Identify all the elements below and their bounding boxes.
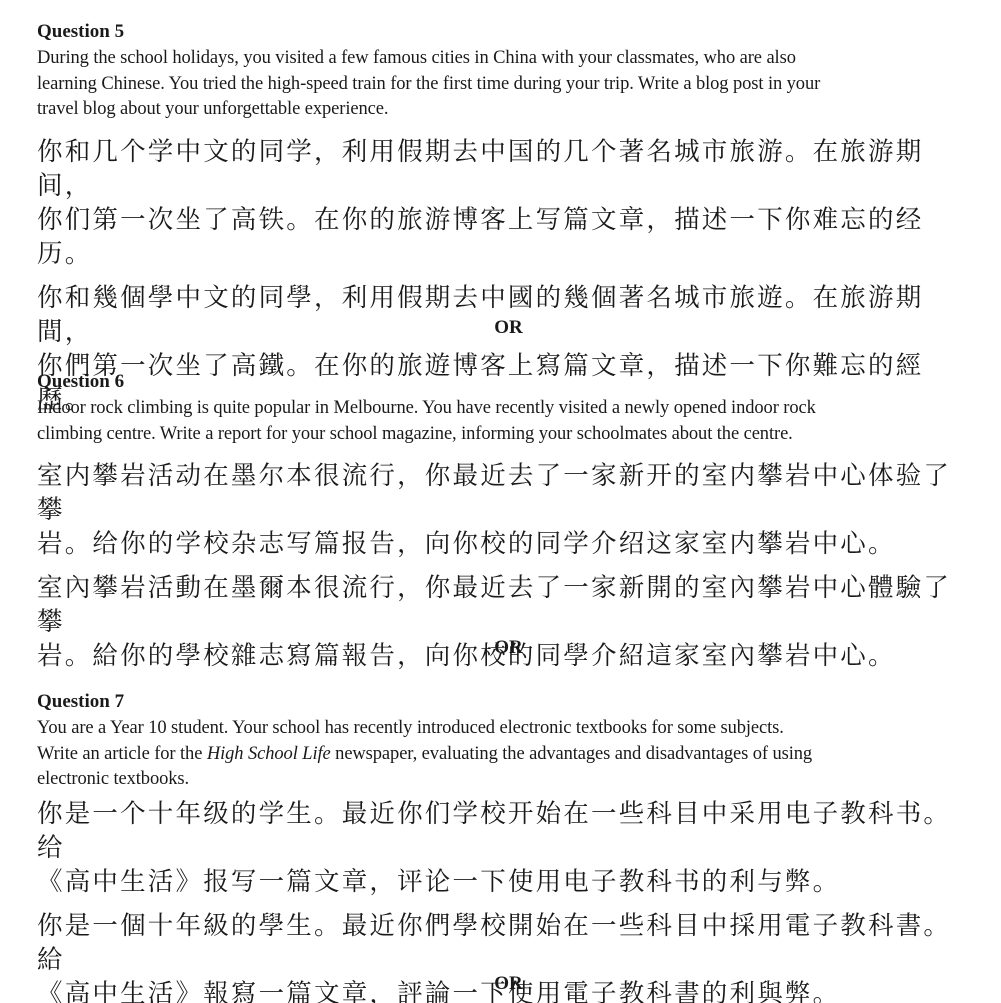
question-7: Question 7 You are a Year 10 student. Yo…: [37, 690, 977, 1003]
prompt-line: travel blog about your unforgettable exp…: [37, 97, 977, 123]
or-divider-3: OR: [37, 972, 977, 996]
prompt-text: newspaper, evaluating the advantages and…: [331, 744, 812, 764]
question-5: Question 5 During the school holidays, y…: [37, 20, 977, 417]
zh-line: 岩。给你的学校杂志写篇报告，向你校的同学介绍这家室内攀岩中心。: [37, 527, 977, 561]
or-label: OR: [37, 636, 980, 660]
prompt-line: Write an article for the High School Lif…: [37, 742, 977, 768]
prompt-line: During the school holidays, you visited …: [37, 46, 977, 72]
zh-line: 你是一個十年級的學生。最近你們學校開始在一些科目中採用電子教科書。給: [37, 909, 977, 977]
or-divider-2: OR: [37, 636, 977, 660]
newspaper-title: High School Life: [207, 744, 331, 764]
zh-line: 室內攀岩活動在墨爾本很流行，你最近去了一家新開的室內攀岩中心體驗了攀: [37, 571, 977, 639]
or-label: OR: [37, 316, 980, 340]
zh-line: 室内攀岩活动在墨尔本很流行，你最近去了一家新开的室内攀岩中心体验了攀: [37, 459, 977, 527]
prompt-line: Indoor rock climbing is quite popular in…: [37, 396, 977, 422]
prompt-text: You are a Year 10 student. Your school h…: [37, 718, 784, 738]
prompt-text: electronic textbooks.: [37, 769, 189, 789]
zh-line: 你是一个十年级的学生。最近你们学校开始在一些科目中采用电子教科书。给: [37, 797, 977, 865]
prompt-text: Write an article for the: [37, 744, 207, 764]
simplified-chinese-prompt: 室内攀岩活动在墨尔本很流行，你最近去了一家新开的室内攀岩中心体验了攀 岩。给你的…: [37, 459, 977, 561]
prompt-line: climbing centre. Write a report for your…: [37, 422, 977, 448]
english-prompt: During the school holidays, you visited …: [37, 46, 977, 123]
simplified-chinese-prompt: 你是一个十年级的学生。最近你们学校开始在一些科目中采用电子教科书。给 《高中生活…: [37, 797, 977, 899]
simplified-chinese-prompt: 你和几个学中文的同学，利用假期去中国的几个著名城市旅游。在旅游期间， 你们第一次…: [37, 135, 977, 271]
question-heading: Question 7: [37, 690, 977, 714]
question-6: Question 6 Indoor rock climbing is quite…: [37, 370, 977, 673]
or-label: OR: [37, 972, 980, 996]
prompt-line: learning Chinese. You tried the high-spe…: [37, 72, 977, 98]
question-heading: Question 6: [37, 370, 977, 394]
prompt-line: You are a Year 10 student. Your school h…: [37, 716, 977, 742]
prompt-line: electronic textbooks.: [37, 767, 977, 793]
english-prompt: You are a Year 10 student. Your school h…: [37, 716, 977, 793]
zh-line: 《高中生活》报写一篇文章，评论一下使用电子教科书的利与弊。: [37, 865, 977, 899]
english-prompt: Indoor rock climbing is quite popular in…: [37, 396, 977, 447]
question-heading: Question 5: [37, 20, 977, 44]
or-divider-1: OR: [37, 316, 977, 340]
zh-line: 你和几个学中文的同学，利用假期去中国的几个著名城市旅游。在旅游期间，: [37, 135, 977, 203]
zh-line: 你们第一次坐了高铁。在你的旅游博客上写篇文章，描述一下你难忘的经历。: [37, 203, 977, 271]
